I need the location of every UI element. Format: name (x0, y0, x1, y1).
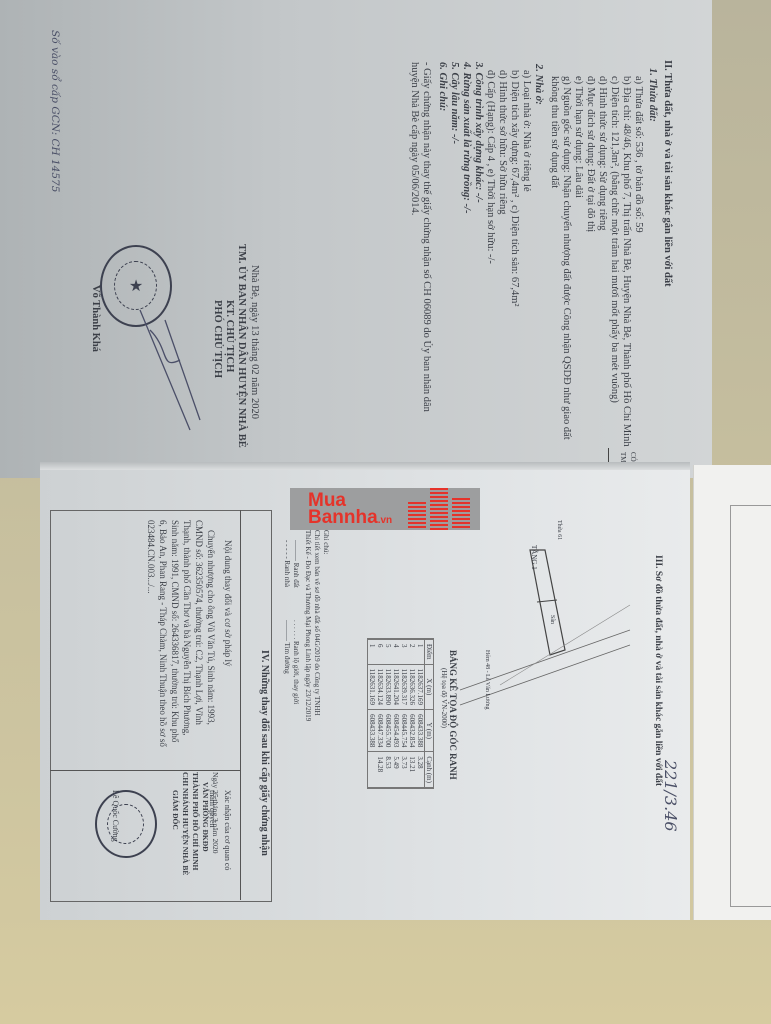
floor-label: TẦNG 1 (530, 545, 538, 570)
land-title: 1. Thửa đất: (645, 68, 660, 122)
coord-table-subtitle: (Hệ tọa độ VN-2000) (440, 668, 448, 728)
change-content-line: 023484.CN.003.../... (143, 520, 158, 594)
column-divider (50, 770, 240, 771)
coord-header: Cạnh (m) (425, 752, 434, 788)
confirmation-line: GIÁM ĐỐC (171, 790, 180, 830)
certificate-page-3: III. Sơ đồ thửa đất, nhà ở và tài sản kh… (40, 470, 690, 920)
plan-notes-title: Ghi chú: (322, 530, 330, 554)
confirmation-line: VĂN PHÒNG ĐKĐĐ (201, 782, 210, 852)
building-icon (408, 488, 470, 530)
coord-table: ĐiểmX (m)Y (m)Cạnh (m)11182637.169608433… (367, 638, 434, 789)
coord-header: X (m) (425, 664, 434, 710)
vice-chairman-title: PHÓ CHỦ TỊCH (210, 300, 225, 378)
signature-date: Nhà Bè, ngày 13 tháng 02 năm 2020 (247, 265, 262, 419)
gcn-register-number: Số vào sổ cấp GCN: CH 14575 (47, 30, 62, 192)
table-row: 41182641.204608454.4935.49 (392, 640, 400, 788)
legend-item: ——— Ranh đất (292, 540, 300, 588)
confirmation-line: THÀNH PHỐ HỒ CHÍ MINH (191, 772, 200, 870)
alley-label: Hẻm 48 - Lê Văn Lương (484, 650, 490, 709)
table-row: 11182637.169608433.3883.28 (416, 640, 425, 788)
certificate-page-2: Số vào sổ cấp GCN: CH 14575 II. Thửa đất… (0, 0, 712, 478)
legend-item: ——— Tim đường (283, 620, 291, 674)
table-row: 61182634.124608447.33414.28 (376, 640, 384, 788)
confirmation-line: Ngày 25 tháng 3 năm 2020 (211, 772, 220, 853)
plan-notes-line: Thiết Kế - Đo Đạc và Thương Mại Phong Li… (304, 530, 312, 721)
coord-header: Điểm (425, 640, 434, 665)
legend-item: - - - - - Ranh nhà (283, 540, 291, 587)
land-item: không thu tiền sử dụng đất (547, 76, 562, 188)
coord-header: Y (m) (425, 710, 434, 752)
change-content-header: Nội dung thay đổi và cơ sở pháp lý (220, 540, 235, 667)
muabannha-watermark-logo: Mua Bannha.vn (290, 488, 480, 530)
legend-item: . . . . . . Ranh lộ giới, thay giới (292, 620, 300, 704)
other-item: 6. Ghi chú: (435, 62, 450, 111)
header-divider (240, 510, 241, 900)
star-icon: ★ (129, 276, 143, 296)
handwritten-note: 221/3.46 (661, 760, 680, 832)
land-plot-diagram (440, 510, 640, 710)
table-row: 11182631.169608433.388 (368, 640, 376, 788)
section-4-heading: IV. Những thay đổi sau khi cấp giấy chứn… (257, 650, 272, 856)
table-row: 31182639.317608445.7543.73 (400, 640, 408, 788)
section-3-heading: III. Sơ đồ thửa đất, nhà ở và tài sản kh… (650, 555, 665, 786)
plan-notes-line: Chi tiết xem bản vẽ sơ đồ nhà đất số 04G… (313, 530, 321, 716)
yard-label: Sân (549, 615, 555, 624)
note-line: huyện Nhà Bè cấp ngày 05/06/2014. (407, 62, 422, 215)
office-seal (95, 790, 157, 858)
signature-scribble (130, 300, 210, 440)
section-2-heading: II. Thửa đất, nhà ở và tài sản khác gắn … (660, 60, 675, 287)
table-row: 51182633.890608455.7008.53 (384, 640, 392, 788)
adjacent-sheet (693, 465, 771, 920)
neighbor-label: Thửa 61 (556, 520, 562, 540)
confirmation-line: CHI NHÁNH HUYỆN NHÀ BÈ (181, 772, 190, 875)
table-row: 21182636.326608432.85413.21 (408, 640, 416, 788)
